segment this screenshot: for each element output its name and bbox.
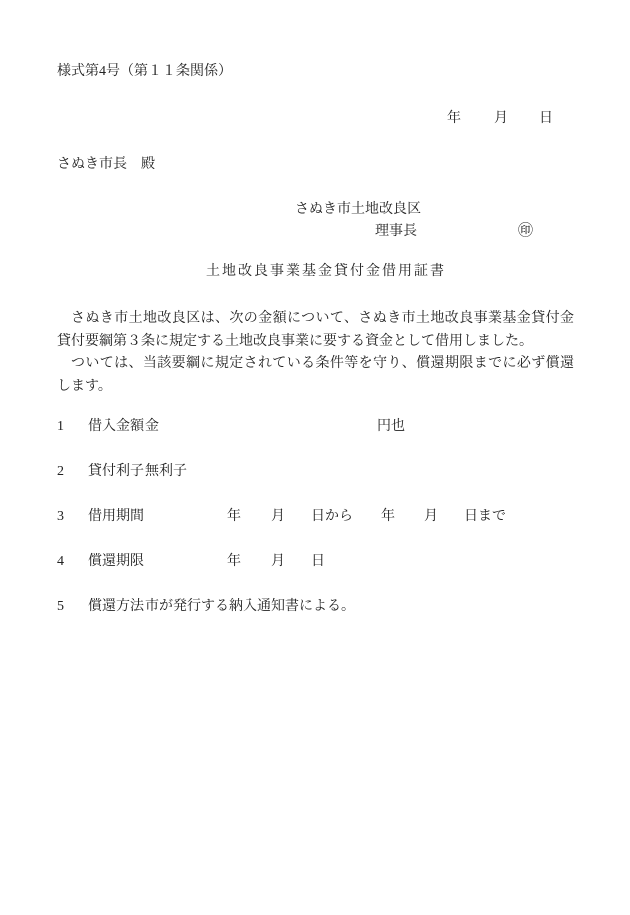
item-value: 無利子 (145, 462, 187, 482)
body-paragraph-1: さぬき市土地改良区は、次の金額について、さぬき市土地改良事業基金貸付金貸付要綱第… (57, 308, 574, 353)
document-page: 様式第4号（第１１条関係） 年 月 日 さぬき市長 殿 さぬき市土地改良区 理事… (0, 0, 630, 915)
period-start-day-label: 日から (311, 507, 353, 527)
item-number: 1 (57, 417, 64, 437)
item-interest: 2 貸付利子 無利子 (0, 462, 630, 482)
item-label: 貸付利子 (88, 462, 144, 482)
item-label: 償還期限 (88, 552, 144, 572)
item-repayment-method: 5 償還方法 市が発行する納入通知書による。 (0, 597, 630, 617)
date-line: 年 月 日 (0, 109, 630, 129)
item-loan-amount: 1 借入金額 金 円也 (0, 417, 630, 437)
deadline-year-label: 年 (227, 552, 241, 572)
item-number: 5 (57, 597, 64, 617)
item-number: 2 (57, 462, 64, 482)
date-day-label: 日 (539, 109, 553, 129)
deadline-day-label: 日 (311, 552, 325, 572)
period-end-month-label: 月 (424, 507, 438, 527)
addressee: さぬき市長 殿 (57, 155, 155, 175)
seal-mark-icon: ㊞ (518, 221, 533, 241)
item-label: 借用期間 (88, 507, 144, 527)
issuer-signature-line: 理事長 ㊞ (0, 222, 630, 242)
item-label: 償還方法 (88, 597, 144, 617)
item-value: 市が発行する納入通知書による。 (145, 597, 355, 617)
item-loan-period: 3 借用期間 年 月 日から 年 月 日まで (0, 507, 630, 527)
issuer-organization: さぬき市土地改良区 (295, 200, 421, 220)
period-start-year-label: 年 (227, 507, 241, 527)
period-end-day-label: 日まで (464, 507, 506, 527)
form-number: 様式第4号（第１１条関係） (57, 62, 232, 82)
item-repayment-deadline: 4 償還期限 年 月 日 (0, 552, 630, 572)
body-paragraph-2: ついては、当該要綱に規定されている条件等を守り、償還期限までに必ず償還します。 (57, 353, 574, 398)
date-year-label: 年 (447, 109, 461, 129)
item-number: 3 (57, 507, 64, 527)
date-month-label: 月 (494, 109, 508, 129)
item-label: 借入金額 (88, 417, 144, 437)
deadline-month-label: 月 (271, 552, 285, 572)
amount-suffix: 円也 (377, 417, 405, 437)
amount-prefix: 金 (145, 417, 159, 437)
period-start-month-label: 月 (271, 507, 285, 527)
item-number: 4 (57, 552, 64, 572)
issuer-title: 理事長 (375, 222, 417, 242)
body-paragraphs: さぬき市土地改良区は、次の金額について、さぬき市土地改良事業基金貸付金貸付要綱第… (57, 308, 574, 398)
period-end-year-label: 年 (381, 507, 395, 527)
document-title: 土地改良事業基金貸付金借用証書 (0, 262, 630, 282)
